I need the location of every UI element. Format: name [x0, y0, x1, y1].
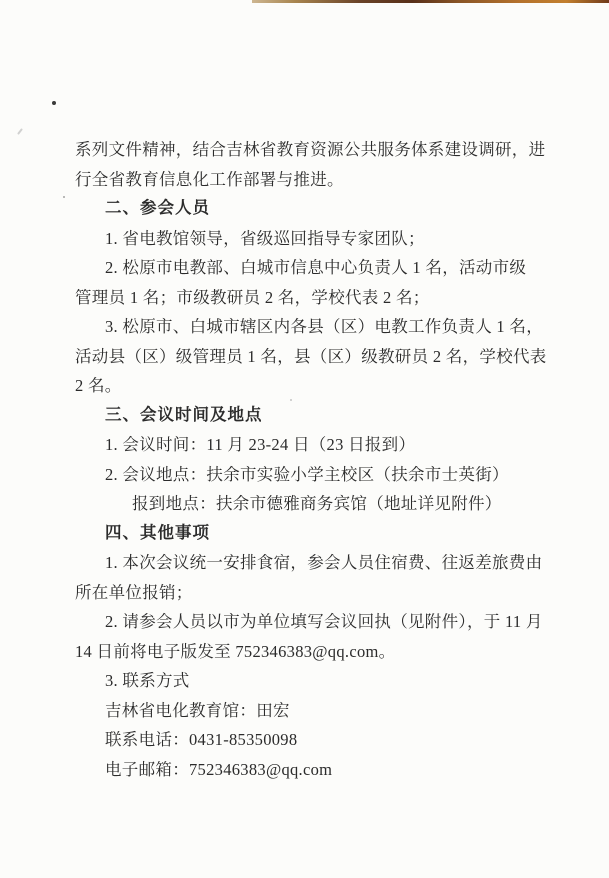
text-line: 1. 本次会议统一安排食宿，参会人员住宿费、往返差旅费由 [75, 548, 543, 578]
scanned-page: 系列文件精神，结合吉林省教育资源公共服务体系建设调研，进行全省教育信息化工作部署… [0, 0, 609, 878]
text-line: 吉林省电化教育馆：田宏 [75, 696, 543, 726]
text-line: 3. 松原市、白城市辖区内各县（区）电教工作负责人 1 名， [75, 312, 543, 342]
text-line: 报到地点：扶余市德雅商务宾馆（地址详见附件） [75, 489, 543, 519]
scan-speck [52, 101, 56, 105]
text-line: 2. 请参会人员以市为单位填写会议回执（见附件），于 11 月 [75, 607, 543, 637]
section-heading: 二、参会人员 [75, 194, 543, 224]
scan-speck [290, 399, 292, 401]
text-line: 行全省教育信息化工作部署与推进。 [75, 165, 543, 195]
text-line: 电子邮箱：752346383@qq.com [75, 755, 543, 785]
text-line: 14 日前将电子版发至 752346383@qq.com。 [75, 637, 543, 667]
text-line: 系列文件精神，结合吉林省教育资源公共服务体系建设调研，进 [75, 135, 543, 165]
text-line: 2. 松原市电教部、白城市信息中心负责人 1 名，活动市级 [75, 253, 543, 283]
section-heading: 四、其他事项 [75, 519, 543, 549]
text-line: 2. 会议地点：扶余市实验小学主校区（扶余市士英街） [75, 460, 543, 490]
text-line: 联系电话：0431-85350098 [75, 725, 543, 755]
text-line: 1. 会议时间：11 月 23-24 日（23 日报到） [75, 430, 543, 460]
section-heading: 三、会议时间及地点 [75, 401, 543, 431]
scan-edge-artifact [252, 0, 609, 3]
text-line: 所在单位报销； [75, 578, 543, 608]
document-body: 系列文件精神，结合吉林省教育资源公共服务体系建设调研，进行全省教育信息化工作部署… [75, 135, 543, 784]
text-line: 1. 省电教馆领导，省级巡回指导专家团队； [75, 224, 543, 254]
text-line: 管理员 1 名；市级教研员 2 名，学校代表 2 名； [75, 283, 543, 313]
text-line: 活动县（区）级管理员 1 名，县（区）级教研员 2 名，学校代表 [75, 342, 543, 372]
scan-speck [17, 128, 23, 135]
text-line: 3. 联系方式 [75, 666, 543, 696]
text-line: 2 名。 [75, 371, 543, 401]
scan-speck [522, 259, 524, 261]
scan-speck [63, 196, 65, 198]
